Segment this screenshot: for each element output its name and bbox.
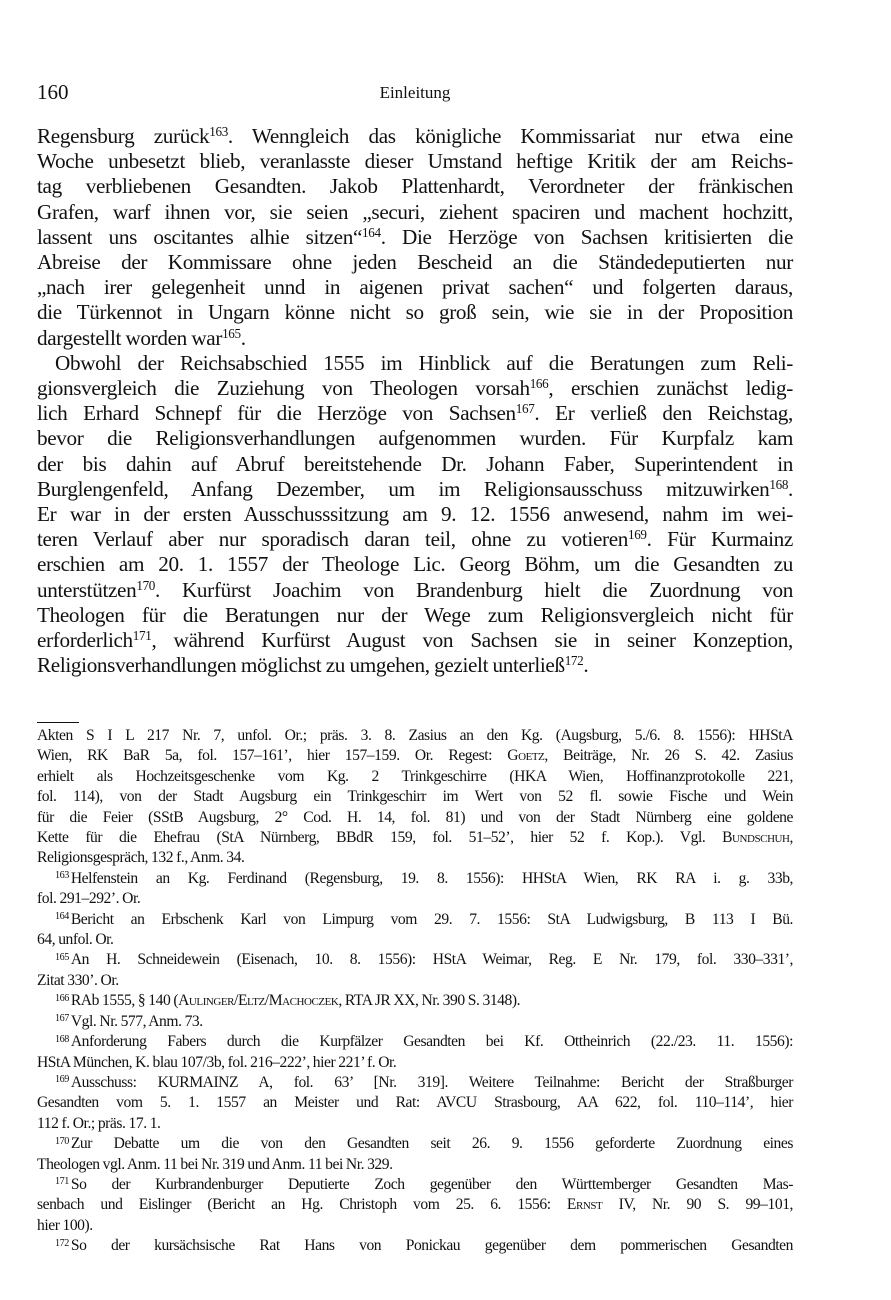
footnote-165: 165An H. Schneidewein (Eisenach, 10. 8. … — [37, 950, 793, 991]
text-line: lassent uns oscitantes alhie sitzen“164.… — [37, 225, 793, 250]
footnote-reference: 170 — [136, 577, 155, 592]
paragraph: Obwohl der Reichsabschied 1555 im Hinbli… — [37, 351, 793, 679]
text-line: Er war in der ersten Ausschusssitzung am… — [37, 502, 793, 527]
footnote-172: 172So der kursächsische Rat Hans von Pon… — [37, 1236, 793, 1256]
footnote-168: 168Anforderung Fabers durch die Kurpfälz… — [37, 1032, 793, 1073]
footnote-number: 169 — [55, 1074, 69, 1085]
footnote-number: 166 — [55, 993, 69, 1004]
author-name: Ernst — [567, 1196, 602, 1213]
text-line: die Türkennot in Ungarn könne nicht so g… — [37, 300, 793, 325]
text-line: Abreise der Kommissare ohne jeden Besche… — [37, 250, 793, 275]
footnote-line: hier 100). — [37, 1216, 793, 1236]
footnote-line: Gesandten vom 5. 1. 1557 an Meister und … — [37, 1093, 793, 1113]
text-line: teren Verlauf aber nur sporadisch daran … — [37, 527, 793, 552]
footnote-reference: 171 — [133, 628, 152, 643]
footnote-line: 163Helfenstein an Kg. Ferdinand (Regensb… — [37, 869, 793, 889]
footnotes: Akten S I L 217 Nr. 7, unfol. Or.; präs.… — [37, 726, 793, 1257]
text-line: Regensburg zurück163. Wenngleich das kön… — [37, 124, 793, 149]
footnote-line: Religionsgespräch, 132 f., Anm. 34. — [37, 848, 793, 868]
text-line: gionsvergleich die Zuziehung von Theolog… — [37, 376, 793, 401]
footnote-line: fol. 291–292’. Or. — [37, 889, 793, 909]
footnote-reference: 163 — [209, 124, 228, 139]
footnote-line: 165An H. Schneidewein (Eisenach, 10. 8. … — [37, 950, 793, 970]
text-line: unterstützen170. Kurfürst Joachim von Br… — [37, 578, 793, 603]
text-line: dargestellt worden war165. — [37, 326, 793, 351]
text-line: Religionsverhandlungen möglichst zu umge… — [37, 653, 793, 678]
footnote-171: 171So der Kurbrandenburger Deputierte Zo… — [37, 1175, 793, 1236]
footnote-reference: 172 — [565, 653, 584, 668]
footnote-reference: 164 — [362, 225, 381, 240]
footnote-line: 167Vgl. Nr. 577, Anm. 73. — [37, 1012, 793, 1032]
footnote-163: 163Helfenstein an Kg. Ferdinand (Regensb… — [37, 869, 793, 910]
footnote-line: fol. 114), von der Stadt Augsburg ein Tr… — [37, 787, 793, 807]
text-line: Theologen für die Beratungen nur der Weg… — [37, 603, 793, 628]
footnote-number: 170 — [55, 1136, 69, 1147]
footnote-line: Kette für die Ehefrau (StA Nürnberg, BBd… — [37, 828, 793, 848]
footnote-separator — [37, 722, 79, 723]
main-text: Regensburg zurück163. Wenngleich das kön… — [37, 124, 793, 678]
footnote-line: Theologen vgl. Anm. 11 bei Nr. 319 und A… — [37, 1155, 793, 1175]
footnote-166: 166RAb 1555, § 140 (Aulinger/Eltz/Machoc… — [37, 991, 793, 1011]
footnote-line: senbach und Eislinger (Bericht an Hg. Ch… — [37, 1195, 793, 1215]
text-line: erschien am 20. 1. 1557 der Theologe Lic… — [37, 552, 793, 577]
footnote-170: 170Zur Debatte um die von den Gesandten … — [37, 1134, 793, 1175]
footnote-line: 64, unfol. Or. — [37, 930, 793, 950]
footnote-line: 170Zur Debatte um die von den Gesandten … — [37, 1134, 793, 1154]
footnote-line: HStA München, K. blau 107/3b, fol. 216–2… — [37, 1053, 793, 1073]
footnote-line: 171So der Kurbrandenburger Deputierte Zo… — [37, 1175, 793, 1195]
footnote-continuation: Akten S I L 217 Nr. 7, unfol. Or.; präs.… — [37, 726, 793, 869]
author-name: Aulinger/Eltz/Machoczek — [178, 992, 338, 1009]
text-line: lich Erhard Schnepf für die Herzöge von … — [37, 401, 793, 426]
footnote-line: Wien, RK BaR 5a, fol. 157–161’, hier 157… — [37, 746, 793, 766]
footnote-169: 169Ausschuss: KURMAINZ A, fol. 63’ [Nr. … — [37, 1073, 793, 1134]
footnote-line: 166RAb 1555, § 140 (Aulinger/Eltz/Machoc… — [37, 991, 793, 1011]
footnote-reference: 165 — [222, 325, 241, 340]
footnote-167: 167Vgl. Nr. 577, Anm. 73. — [37, 1012, 793, 1032]
running-head: Einleitung — [37, 83, 793, 103]
footnote-line: erhielt als Hochzeitsgeschenke vom Kg. 2… — [37, 767, 793, 787]
text-line: der bis dahin auf Abruf bereitstehende D… — [37, 452, 793, 477]
footnote-number: 171 — [55, 1176, 69, 1187]
footnote-line: Zitat 330’. Or. — [37, 971, 793, 991]
footnote-number: 163 — [55, 870, 69, 881]
footnote-number: 168 — [55, 1034, 69, 1045]
footnote-164: 164Bericht an Erbschenk Karl von Limpurg… — [37, 910, 793, 951]
footnote-line: Akten S I L 217 Nr. 7, unfol. Or.; präs.… — [37, 726, 793, 746]
footnote-reference: 168 — [769, 477, 788, 492]
paragraph: Regensburg zurück163. Wenngleich das kön… — [37, 124, 793, 351]
footnote-line: 169Ausschuss: KURMAINZ A, fol. 63’ [Nr. … — [37, 1073, 793, 1093]
text-line: erforderlich171, während Kurfürst August… — [37, 628, 793, 653]
footnote-line: 168Anforderung Fabers durch die Kurpfälz… — [37, 1032, 793, 1052]
footnote-number: 164 — [55, 911, 69, 922]
text-line: Burglengenfeld, Anfang Dezember, um im R… — [37, 477, 793, 502]
text-line: Obwohl der Reichsabschied 1555 im Hinbli… — [37, 351, 793, 376]
footnote-reference: 169 — [628, 527, 647, 542]
text-line: Woche unbesetzt blieb, veranlasste diese… — [37, 149, 793, 174]
author-name: Bundschuh — [722, 829, 789, 846]
footnote-number: 165 — [55, 952, 69, 963]
text-line: tag verbliebenen Gesandten. Jakob Platte… — [37, 174, 793, 199]
footnote-line: für die Feier (SStB Augsburg, 2° Cod. H.… — [37, 808, 793, 828]
footnote-reference: 166 — [530, 376, 549, 391]
text-line: Grafen, warf ihnen vor, sie seien „secur… — [37, 200, 793, 225]
footnote-line: 112 f. Or.; präs. 17. 1. — [37, 1114, 793, 1134]
author-name: Goetz — [507, 747, 544, 764]
page-header: 160 Einleitung — [37, 80, 793, 106]
text-line: bevor die Religionsverhandlungen aufgeno… — [37, 426, 793, 451]
footnote-reference: 167 — [516, 401, 535, 416]
footnote-number: 167 — [55, 1013, 69, 1024]
text-line: „nach irer gelegenheit unnd in aigenen p… — [37, 275, 793, 300]
footnote-line: 164Bericht an Erbschenk Karl von Limpurg… — [37, 910, 793, 930]
footnote-number: 172 — [55, 1238, 69, 1249]
footnote-line: 172So der kursächsische Rat Hans von Pon… — [37, 1236, 793, 1256]
